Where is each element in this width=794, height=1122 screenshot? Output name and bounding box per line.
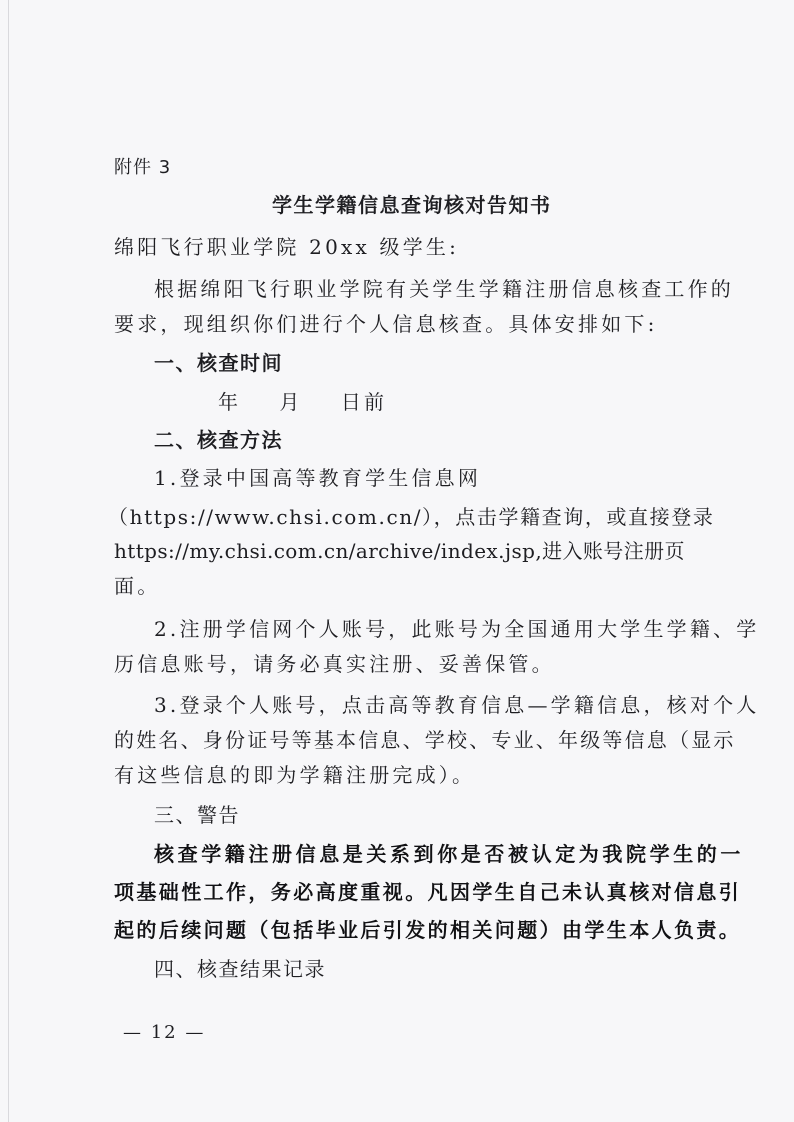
method-step-3-cont: 的姓名、身份证号等基本信息、学校、专业、年级等信息（显示 bbox=[114, 728, 736, 752]
intro-line-1: 根据绵阳飞行职业学院有关学生学籍注册信息核查工作的 bbox=[154, 277, 734, 301]
method-step-3-end: 有这些信息的即为学籍注册完成）。 bbox=[114, 763, 475, 787]
section-heading-method: 二、核查方法 bbox=[154, 428, 283, 452]
section-heading-time: 一、核查时间 bbox=[154, 351, 283, 375]
method-step-2: 2.注册学信网个人账号，此账号为全国通用大学生学籍、学 bbox=[154, 617, 759, 641]
scan-edge-line bbox=[8, 0, 9, 1122]
check-deadline: 年 月 日前 bbox=[218, 390, 387, 414]
warning-line-2: 项基础性工作，务必高度重视。凡因学生自己未认真核对信息引 bbox=[114, 880, 741, 904]
method-step-1: 1.登录中国高等教育学生信息网 bbox=[154, 466, 481, 490]
method-step-1-url-line: （https://www.chsi.com.cn/），点击学籍查询，或直接登录 bbox=[108, 505, 714, 529]
method-step-2-cont: 历信息账号，请务必真实注册、妥善保管。 bbox=[114, 652, 555, 676]
warning-line-1: 核查学籍注册信息是关系到你是否被认定为我院学生的一 bbox=[154, 842, 744, 866]
section-heading-results: 四、核查结果记录 bbox=[154, 957, 326, 981]
method-step-1-archive-url-line: https://my.chsi.com.cn/archive/index.jsp… bbox=[114, 539, 685, 563]
page-number: — 12 — bbox=[123, 1022, 205, 1043]
warning-line-3: 起的后续问题（包括毕业后引发的相关问题）由学生本人负责。 bbox=[114, 918, 741, 942]
attachment-label: 附件 3 bbox=[114, 156, 171, 180]
intro-line-2: 要求，现组织你们进行个人信息核查。具体安排如下: bbox=[114, 312, 658, 336]
document-title: 学生学籍信息查询核对告知书 bbox=[272, 193, 552, 217]
section-heading-warning: 三、警告 bbox=[154, 803, 240, 827]
method-step-1-end: 面。 bbox=[114, 574, 160, 598]
method-step-3: 3.登录个人账号，点击高等教育信息—学籍信息，核对个人 bbox=[154, 693, 759, 717]
salutation: 绵阳飞行职业学院 20xx 级学生: bbox=[114, 235, 459, 259]
